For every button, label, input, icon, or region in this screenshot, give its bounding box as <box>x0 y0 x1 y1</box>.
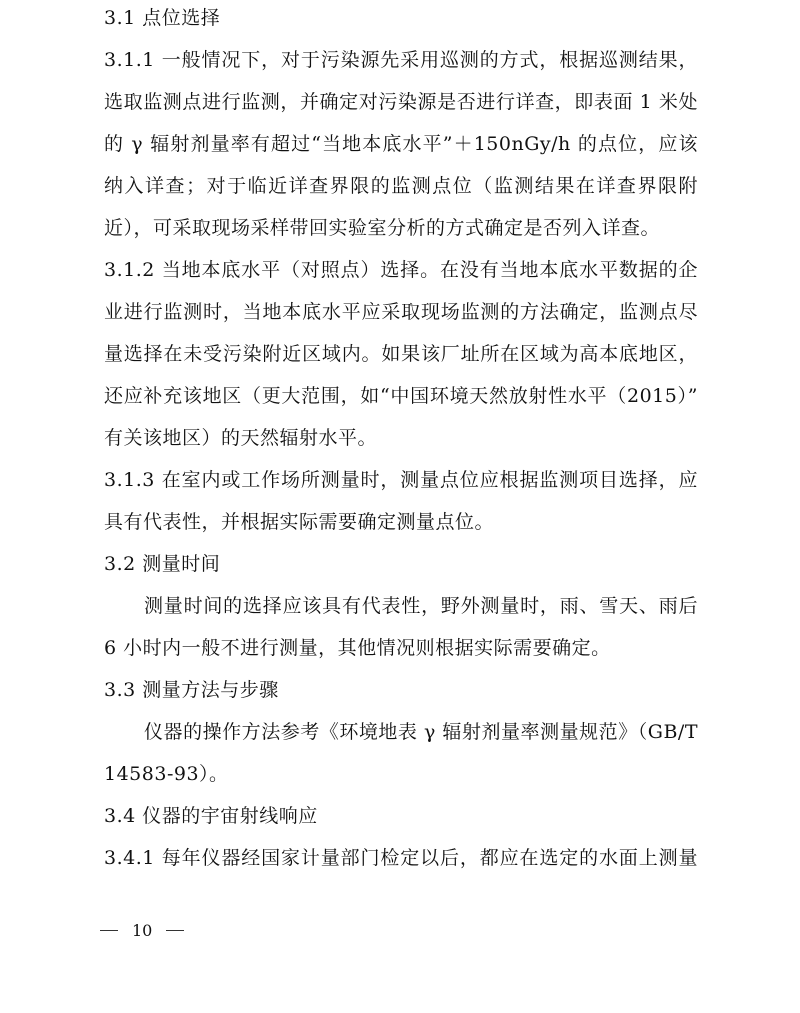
text-line: 还应补充该地区（更大范围，如“中国环境天然放射性水平（2015）” <box>104 384 698 408</box>
text-line: 纳入详查；对于临近详查界限的监测点位（监测结果在详查界限附 <box>104 174 698 198</box>
section-heading: 3.1 点位选择 <box>104 6 698 30</box>
text-line: 3.4.1 每年仪器经国家计量部门检定以后，都应在选定的水面上测量 <box>104 846 698 870</box>
text-line: 选取监测点进行监测，并确定对污染源是否进行详查，即表面 1 米处 <box>104 90 698 114</box>
text-line: 3.1.2 当地本底水平（对照点）选择。在没有当地本底水平数据的企 <box>104 258 698 282</box>
document-page: 3.1 点位选择3.1.1 一般情况下，对于污染源先采用巡测的方式，根据巡测结果… <box>0 0 800 1013</box>
text-line: 3.1.3 在室内或工作场所测量时，测量点位应根据监测项目选择，应 <box>104 468 698 492</box>
text-line: 近），可采取现场采样带回实验室分析的方式确定是否列入详查。 <box>104 216 698 240</box>
text-line: 3.1.1 一般情况下，对于污染源先采用巡测的方式，根据巡测结果， <box>104 48 698 72</box>
section-heading: 3.3 测量方法与步骤 <box>104 678 698 702</box>
page-number: 10 <box>132 921 152 940</box>
text-line: 的 γ 辐射剂量率有超过“当地本底水平”＋150nGy/h 的点位，应该 <box>104 132 698 156</box>
section-heading: 3.2 测量时间 <box>104 552 698 576</box>
text-line: 14583-93）。 <box>104 762 698 786</box>
footer-dash-right <box>166 930 184 931</box>
text-line: 仪器的操作方法参考《环境地表 γ 辐射剂量率测量规范》（GB/T <box>144 720 698 744</box>
text-line: 具有代表性，并根据实际需要确定测量点位。 <box>104 510 698 534</box>
text-line: 测量时间的选择应该具有代表性，野外测量时，雨、雪天、雨后 <box>144 594 698 618</box>
section-heading: 3.4 仪器的宇宙射线响应 <box>104 804 698 828</box>
page-footer: 10 <box>100 921 184 940</box>
text-line: 6 小时内一般不进行测量，其他情况则根据实际需要确定。 <box>104 636 698 660</box>
text-line: 量选择在未受污染附近区域内。如果该厂址所在区域为高本底地区， <box>104 342 698 366</box>
text-line: 有关该地区）的天然辐射水平。 <box>104 426 698 450</box>
text-line: 业进行监测时，当地本底水平应采取现场监测的方法确定，监测点尽 <box>104 300 698 324</box>
footer-dash-left <box>100 930 118 931</box>
